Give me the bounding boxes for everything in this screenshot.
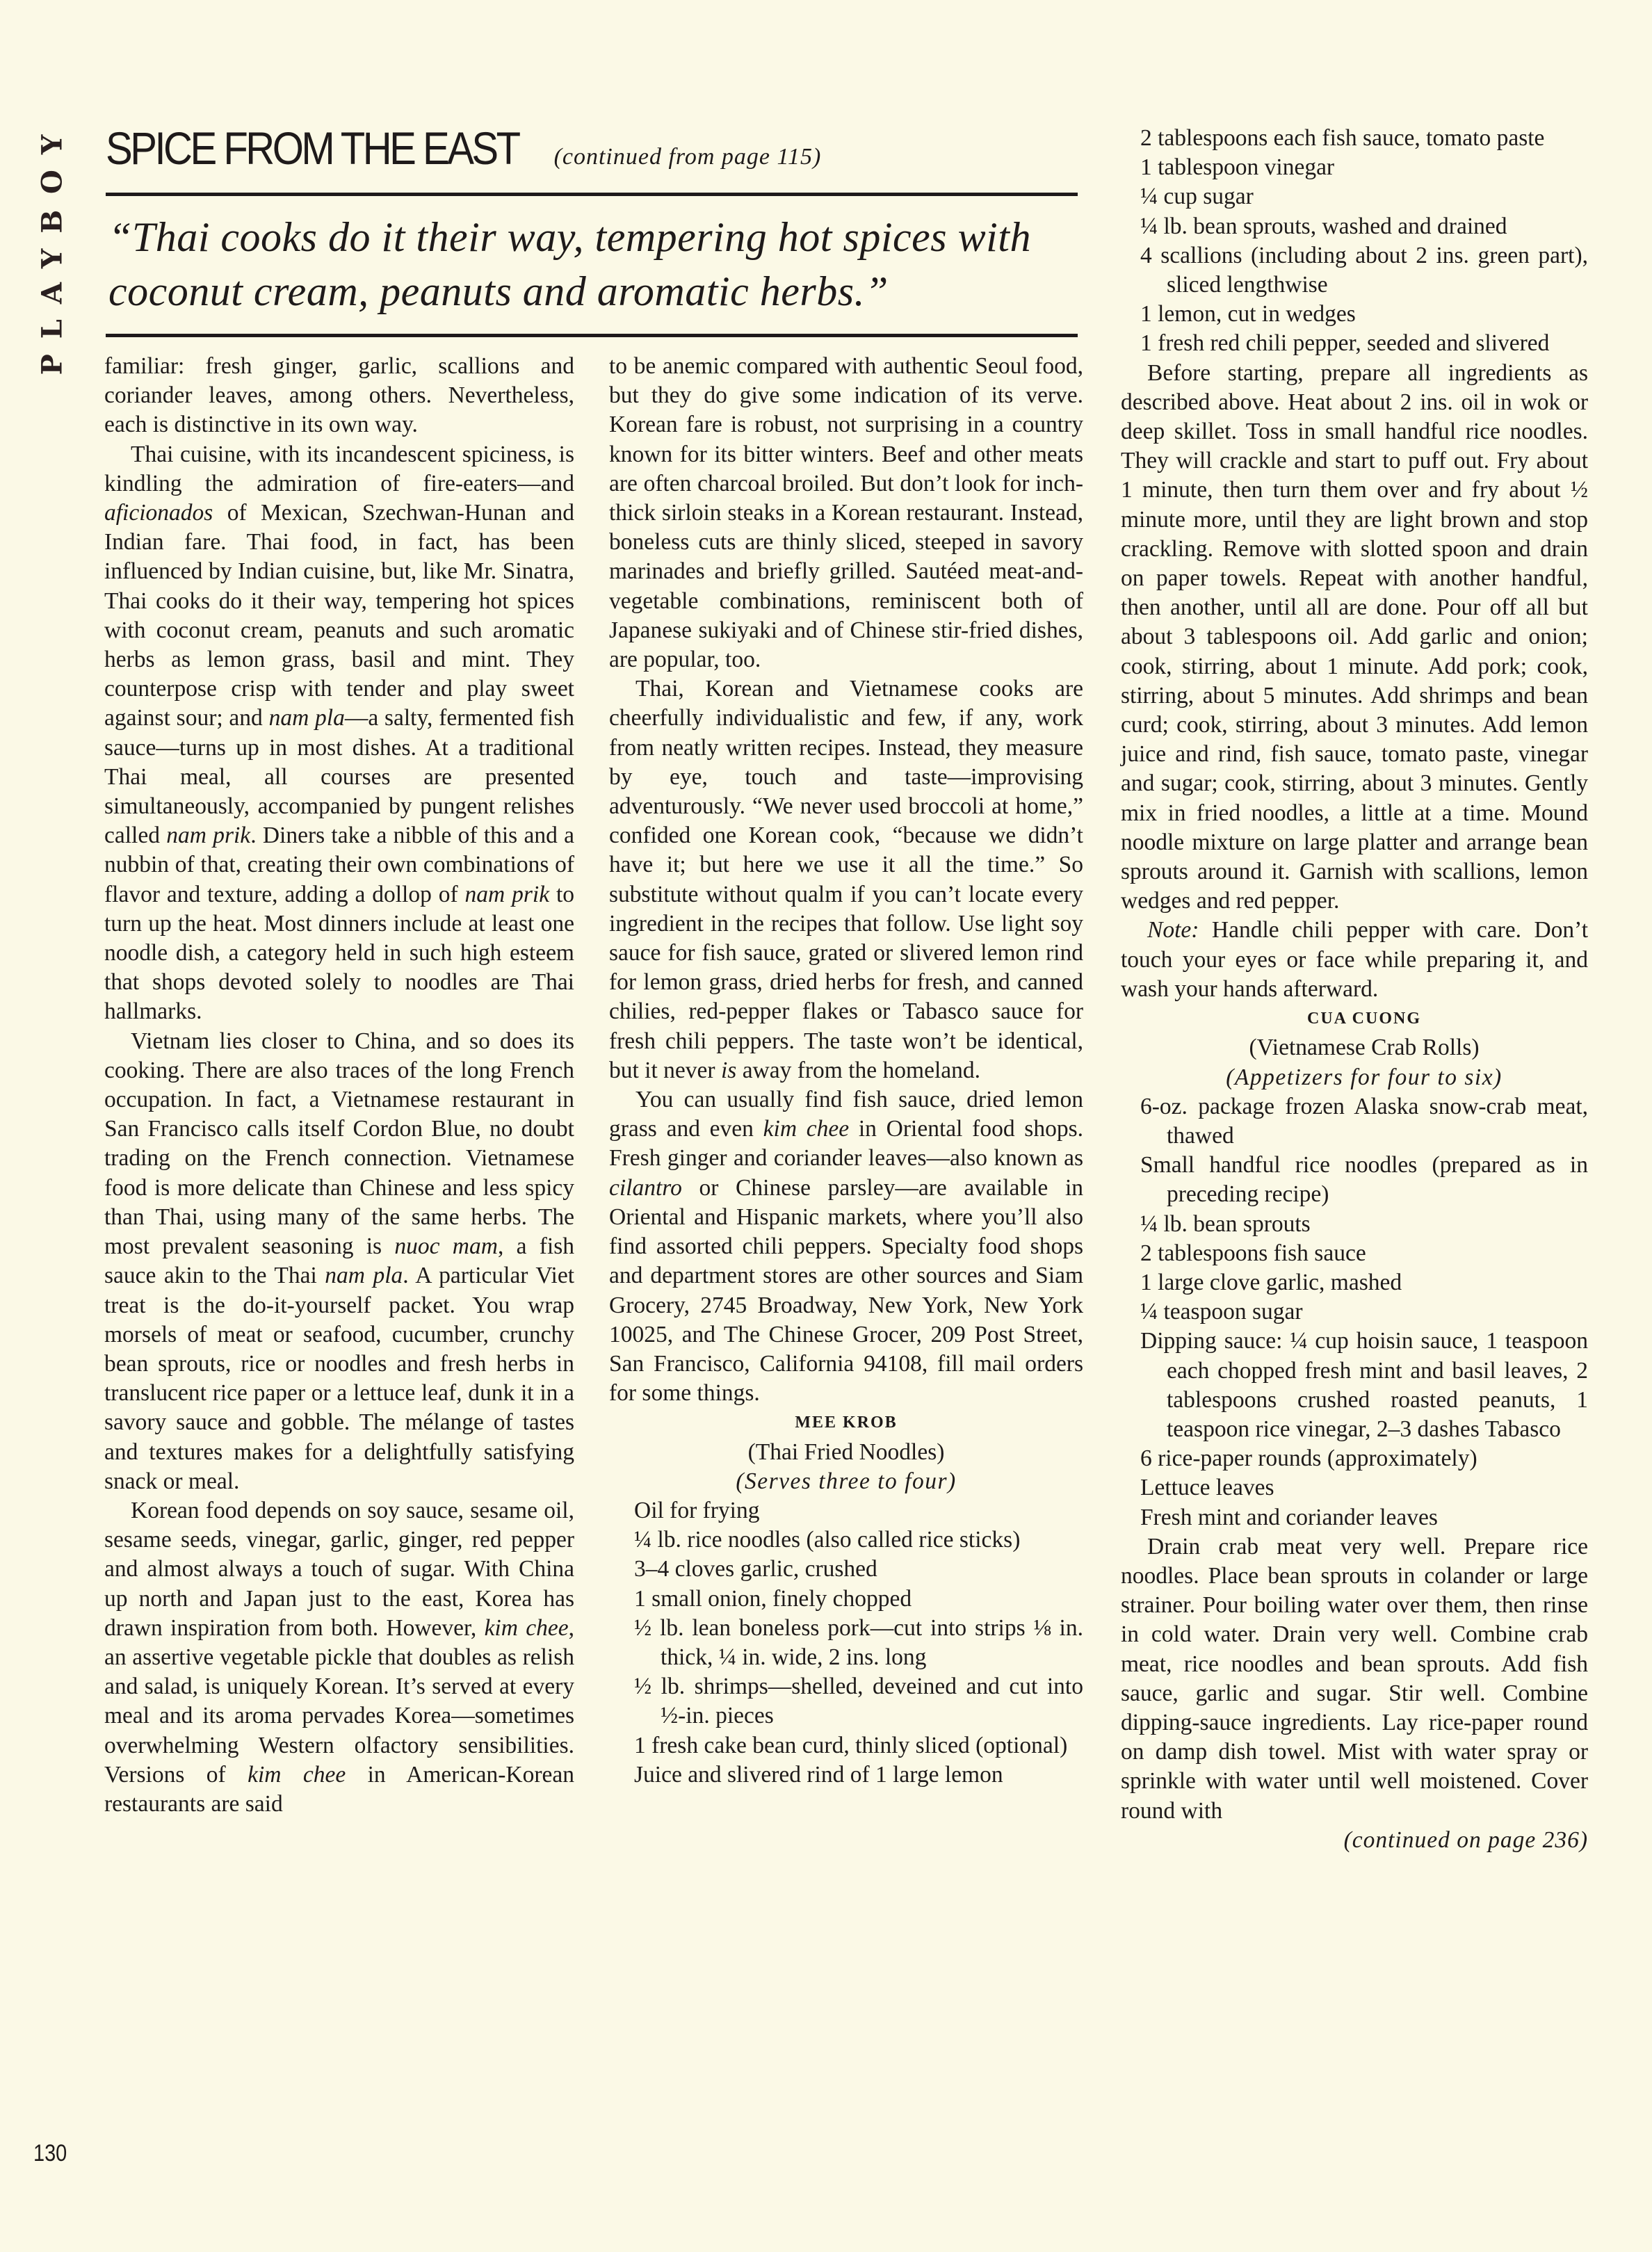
ingredient: 1 lemon, cut in wedges: [1140, 300, 1588, 329]
recipe-name: CUA CUONG: [1140, 1004, 1588, 1033]
recipe-name: MEE KROB: [609, 1408, 1083, 1437]
note-label: Note:: [1147, 917, 1199, 943]
body-column-2: to be anemic compared with authentic Seo…: [609, 352, 1083, 1790]
recipe-note: Note: Handle chili pepper with care. Don…: [1121, 916, 1588, 1004]
page-number: 130: [33, 2140, 67, 2167]
ingredient: 2 tablespoons fish sauce: [1140, 1239, 1588, 1268]
article-header: SPICE FROM THE EAST (continued from page…: [106, 122, 1078, 337]
paragraph: familiar: fresh ginger, garlic, scallion…: [104, 352, 574, 440]
body-column-3: 2 tablespoons each fish sauce, tomato pa…: [1140, 124, 1588, 1855]
recipe-method: Before starting, prepare all ingredients…: [1121, 359, 1588, 916]
recipe-subtitle: (Vietnamese Crab Rolls): [1140, 1033, 1588, 1062]
ingredient-list: 6-oz. package frozen Alaska snow-crab me…: [1140, 1092, 1588, 1532]
paragraph: Thai cuisine, with its incandescent spic…: [104, 440, 574, 1027]
ingredient-list-continued: 2 tablespoons each fish sauce, tomato pa…: [1140, 124, 1588, 359]
paragraph: to be anemic compared with authentic Seo…: [609, 352, 1083, 674]
ingredient: ¼ lb. bean sprouts, washed and drained: [1140, 212, 1588, 241]
ingredient: ½ lb. lean boneless pork—cut into strips…: [634, 1614, 1083, 1672]
paragraph: Thai, Korean and Vietnamese cooks are ch…: [609, 674, 1083, 1085]
ingredient: Dipping sauce: ¼ cup hoisin sauce, 1 tea…: [1140, 1327, 1588, 1444]
ingredient-list: Oil for frying ¼ lb. rice noodles (also …: [609, 1496, 1083, 1790]
ingredient: Juice and slivered rind of 1 large lemon: [634, 1760, 1083, 1790]
title-row: SPICE FROM THE EAST (continued from page…: [106, 122, 1078, 177]
paragraph: Korean food depends on soy sauce, sesame…: [104, 1496, 574, 1819]
spine-label: PLAYBOY: [36, 119, 69, 375]
ingredient: ¼ cup sugar: [1140, 182, 1588, 211]
ingredient: 1 fresh red chili pepper, seeded and sli…: [1140, 329, 1588, 358]
ingredient: 1 tablespoon vinegar: [1140, 153, 1588, 182]
ingredient: 1 small onion, finely chopped: [634, 1585, 1083, 1614]
ingredient: ¼ teaspoon sugar: [1140, 1297, 1588, 1327]
recipe-method: Drain crab meat very well. Prepare rice …: [1121, 1532, 1588, 1826]
ingredient: 6 rice-paper rounds (approximately): [1140, 1444, 1588, 1473]
ingredient: 4 scallions (including about 2 ins. gree…: [1140, 241, 1588, 300]
header-rule-bottom: [106, 334, 1078, 337]
ingredient: Fresh mint and coriander leaves: [1140, 1503, 1588, 1532]
ingredient: ¼ lb. bean sprouts: [1140, 1210, 1588, 1239]
pull-quote: “Thai cooks do it their way, tempering h…: [106, 196, 1078, 318]
article-title: SPICE FROM THE EAST: [106, 122, 519, 175]
ingredient: 6-oz. package frozen Alaska snow-crab me…: [1140, 1092, 1588, 1151]
ingredient: Small handful rice noodles (prepared as …: [1140, 1151, 1588, 1209]
ingredient: 3–4 cloves garlic, crushed: [634, 1555, 1083, 1584]
paragraph: Vietnam lies closer to China, and so doe…: [104, 1027, 574, 1496]
recipe-subtitle: (Thai Fried Noodles): [609, 1438, 1083, 1467]
ingredient: Oil for frying: [634, 1496, 1083, 1525]
ingredient: Lettuce leaves: [1140, 1473, 1588, 1502]
ingredient: 1 fresh cake bean curd, thinly sliced (o…: [634, 1731, 1083, 1760]
recipe-serves: (Serves three to four): [609, 1467, 1083, 1496]
magazine-spine: PLAYBOY: [28, 118, 76, 375]
ingredient: 2 tablespoons each fish sauce, tomato pa…: [1140, 124, 1588, 153]
ingredient: ¼ lb. rice noodles (also called rice sti…: [634, 1525, 1083, 1555]
ingredient: ½ lb. shrimps—shelled, deveined and cut …: [634, 1672, 1083, 1731]
continued-on-note: (continued on page 236): [1140, 1826, 1588, 1855]
paragraph: You can usually find fish sauce, dried l…: [609, 1085, 1083, 1408]
ingredient: 1 large clove garlic, mashed: [1140, 1268, 1588, 1297]
continued-from-note: (continued from page 115): [554, 144, 822, 170]
body-column-1: familiar: fresh ginger, garlic, scallion…: [104, 352, 574, 1819]
recipe-serves: (Appetizers for four to six): [1140, 1063, 1588, 1092]
